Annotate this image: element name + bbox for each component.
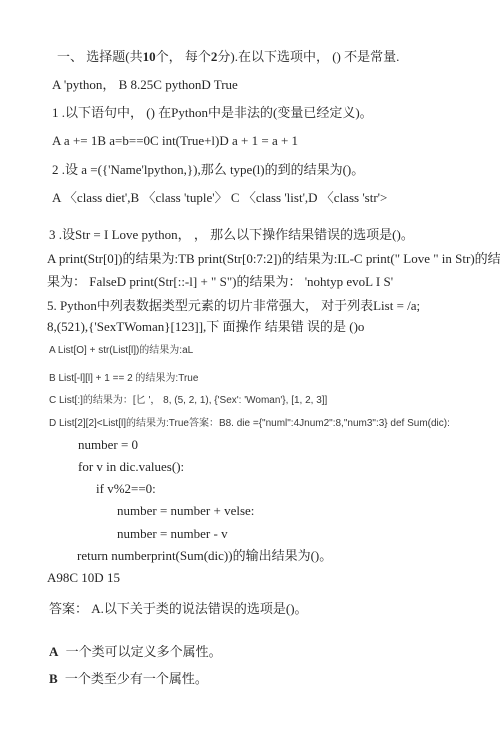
option-letter: B — [49, 671, 58, 686]
option-a-list: A List[O] + str(List[l])的结果为:aL — [49, 345, 193, 356]
code-line-1: number = 0 — [78, 438, 138, 452]
option-b-class: B 一个类至少有一个属性。 — [49, 672, 208, 686]
heading-text: 一、 选择题(共 — [57, 49, 143, 64]
options-line-answers: A98C 10D 15 — [47, 571, 120, 585]
heading-text: 分).在以下选项中， () 不是常量. — [217, 49, 399, 64]
code-line-3: if v%2==0: — [96, 482, 156, 496]
question-5b: 8,(521),{'SexTWoman}[123]],下 面操作 结果错 误的是… — [47, 320, 364, 334]
option-d-list: D List[2][2]<List[l]的结果为:True答案：B8. die … — [49, 418, 450, 429]
question-2: 2 .设 a =({'Name'lpython,}),那么 type(l)的到的… — [52, 163, 364, 177]
options-line-q2: A a += 1B a=b==0C int(True+l)D a + 1 = a… — [52, 134, 298, 148]
options-line-q1: A 'python， B 8.25C pythonD True — [52, 78, 238, 92]
question-5a: 5. Python中列表数据类型元素的切片非常强大， 对于列表List = /a… — [47, 299, 420, 313]
options-line-q3: A 〈class diet',B 〈class 'tuple'〉 C 〈clas… — [52, 191, 387, 205]
heading-count: 10 — [143, 49, 156, 64]
question-3: 3 .设Str = I Love python， ， 那么以下操作结果错误的选项… — [49, 228, 414, 242]
document-page: 一、 选择题(共10个， 每个2分).在以下选项中， () 不是常量. A 'p… — [0, 0, 500, 747]
section-heading: 一、 选择题(共10个， 每个2分).在以下选项中， () 不是常量. — [57, 50, 399, 64]
code-line-5: number = number - v — [117, 527, 228, 541]
code-line-2: for v in dic.values(): — [78, 460, 184, 474]
option-b-list: B List[-l][l] + 1 == 2 的结果为:True — [49, 373, 198, 384]
code-line-4: number = number + velse: — [117, 504, 254, 518]
answer-line: 答案： A.以下关于类的说法错误的选项是()。 — [49, 602, 308, 616]
code-return-line: return numberprint(Sum(dic))的输出结果为()。 — [77, 549, 332, 563]
question-1: 1 .以下语句中， () 在Python中是非法的(变量已经定义)。 — [52, 106, 373, 120]
options-line-q3b: 果为： FalseD print(Str[::-l] + " S")的结果为： … — [47, 275, 393, 289]
option-a-class: A 一个类可以定义多个属性。 — [49, 645, 222, 659]
option-letter: A — [49, 644, 58, 659]
option-text: 一个类至少有一个属性。 — [62, 671, 208, 686]
option-c-list: C List[:]的结果为：[匕 '， 8, (5, 2, 1), {'Sex'… — [49, 395, 327, 406]
options-line-q3a: A print(Str[0])的结果为:TB print(Str[0:7:2])… — [47, 252, 500, 266]
heading-text: 个， 每个 — [156, 49, 211, 64]
option-text: 一个类可以定义多个属性。 — [62, 644, 221, 659]
